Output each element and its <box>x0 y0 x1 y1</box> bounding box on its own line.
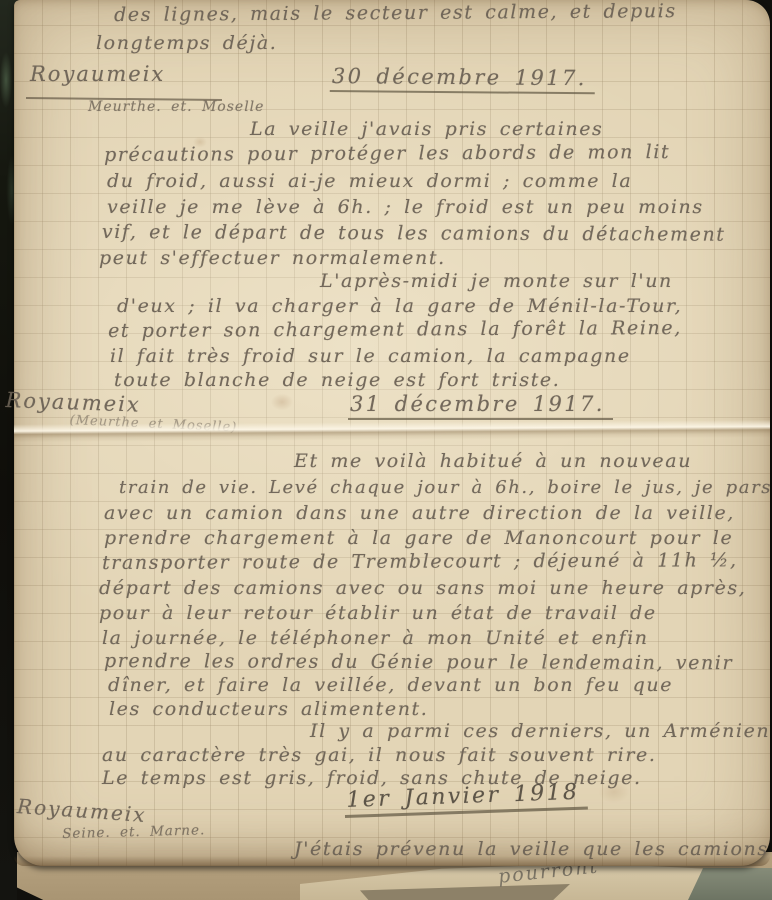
scanned-diary-photo: pourront des lignes, mais le secteur est… <box>0 0 772 900</box>
handwritten-line: train de vie. Levé chaque jour à 6h., bo… <box>119 477 772 498</box>
entry-date-heading: 31 décembre 1917. <box>348 392 613 420</box>
handwritten-line: départ des camions avec ou sans moi une … <box>99 577 746 599</box>
handwritten-line: dîner, et faire la veillée, devant un bo… <box>108 674 673 696</box>
margin-place-label: Royaumeix <box>16 794 147 827</box>
paper-fold-crease <box>14 420 770 443</box>
page-bottom-edge-shadow <box>14 856 770 866</box>
handwritten-line: Et me voilà habitué à un nouveau <box>294 450 692 472</box>
handwritten-line: d'eux ; il va charger à la gare de Ménil… <box>117 295 682 317</box>
margin-place-label: Royaumeix <box>30 62 165 86</box>
handwritten-line: toute blanche de neige est fort triste. <box>114 369 560 391</box>
handwritten-line: précautions pour protéger les abords de … <box>104 141 670 166</box>
margin-department-label: Seine. et. Marne. <box>62 822 205 842</box>
entry-date-heading: 30 décembre 1917. <box>330 64 595 94</box>
handwritten-line: veille je me lève à 6h. ; le froid est u… <box>107 196 704 218</box>
handwritten-line: il fait très froid sur le camion, la cam… <box>110 345 631 367</box>
handwritten-line: vif, et le départ de tous les camions du… <box>102 221 726 246</box>
handwritten-line: et porter son chargement dans la forêt l… <box>108 317 682 342</box>
handwritten-line: La veille j'avais pris certaines <box>250 118 603 140</box>
handwritten-line: des lignes, mais le secteur est calme, e… <box>114 0 677 26</box>
handwritten-line: longtemps déjà. <box>96 32 277 54</box>
handwritten-line: L'après-midi je monte sur l'un <box>320 270 673 292</box>
handwritten-line: transporter route de Tremblecourt ; déje… <box>102 549 738 574</box>
handwritten-line: les conducteurs alimentent. <box>109 698 428 720</box>
handwritten-line: la journée, le téléphoner à mon Unité et… <box>102 627 649 649</box>
margin-department-label: Meurthe. et. Moselle <box>88 99 264 115</box>
handwritten-line: peut s'effectuer normalement. <box>99 247 446 269</box>
diary-page: des lignes, mais le secteur est calme, e… <box>14 0 770 866</box>
handwritten-line: pour à leur retour établir un état de tr… <box>99 602 657 624</box>
handwritten-line: Il y a parmi ces derniers, un Arménien <box>310 720 770 742</box>
handwritten-line: prendre les ordres du Génie pour le lend… <box>104 650 733 674</box>
handwritten-line: prendre chargement à la gare de Manoncou… <box>104 527 733 549</box>
handwritten-line: avec un camion dans une autre direction … <box>104 502 735 524</box>
handwritten-line: du froid, aussi ai-je mieux dormi ; comm… <box>107 170 632 192</box>
handwritten-line: au caractère très gai, il nous fait souv… <box>102 744 657 766</box>
